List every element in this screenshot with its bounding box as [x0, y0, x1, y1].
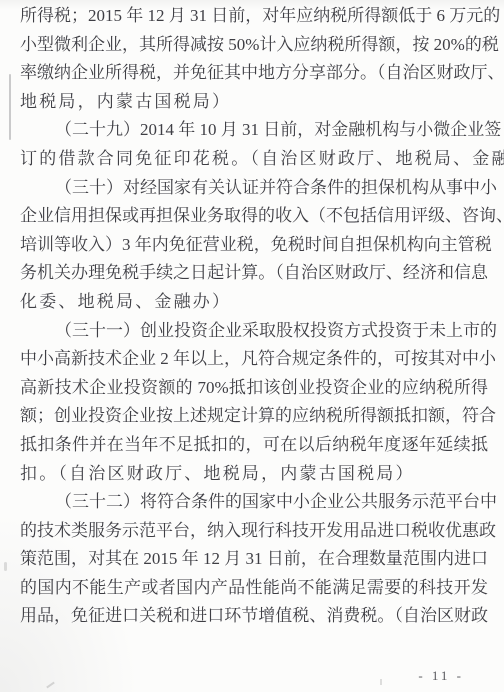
scan-speck: [46, 682, 55, 689]
doc-line: 额；创业投资企业按上述规定计算的应纳税所得额抵扣额，符合: [20, 402, 488, 431]
doc-line: （三十二）将符合条件的国家中小企业公共服务示范平台中: [20, 488, 488, 517]
doc-line: 订的借款合同免征印花税。（自治区财政厅、地税局、金融办）: [20, 145, 488, 174]
doc-line: 用品，免征进口关税和进口环节增值税、消费税。（自治区财政: [20, 602, 488, 631]
body-text: 所得税；2015 年 12 月 31 日前，对年应纳税所得额低于 6 万元的 小…: [20, 2, 488, 631]
scan-artifact-line: [9, 74, 11, 140]
scan-speck: [4, 562, 7, 571]
doc-line: 中小高新技术企业 2 年以上，凡符合规定条件的，可按其对中小: [20, 345, 488, 374]
doc-line: 策范围，对其在 2015 年 12 月 31 日前，在合理数量范围内进口: [20, 545, 488, 574]
doc-line: 培训等收入）3 年内免征营业税，免税时间自担保机构向主管税: [20, 231, 488, 260]
doc-line: 的国内不能生产或者国内产品性能尚不能满足需要的科技开发: [20, 574, 488, 603]
doc-line: 企业信用担保或再担保业务取得的收入（不包括信用评级、咨询、: [20, 202, 488, 231]
doc-line: 的技术类服务示范平台，纳入现行科技开发用品进口税收优惠政: [20, 517, 488, 546]
doc-line: 小型微利企业，其所得减按 50%计入应纳税所得额，按 20%的税: [20, 31, 488, 60]
doc-line: 务机关办理免税手续之日起计算。（自治区财政厅、经济和信息: [20, 259, 488, 288]
doc-line: 所得税；2015 年 12 月 31 日前，对年应纳税所得额低于 6 万元的: [20, 2, 488, 31]
doc-line: 化委、地税局、金融办）: [20, 288, 488, 317]
doc-line: 扣。（自治区财政厅、地税局，内蒙古国税局）: [20, 460, 488, 489]
doc-line: 抵扣条件并在当年不足抵扣的，可在以后纳税年度逐年延续抵: [20, 431, 488, 460]
page-number: - 11 -: [418, 668, 464, 684]
doc-line: （三十）对经国家有关认证并符合条件的担保机构从事中小: [20, 174, 488, 203]
scan-speck: [380, 679, 382, 685]
doc-line: （三十一）创业投资企业采取股权投资方式投资于未上市的: [20, 317, 488, 346]
doc-line: 地税局，内蒙古国税局）: [20, 88, 488, 117]
doc-line: 高新技术企业投资额的 70%抵扣该创业投资企业的应纳税所得: [20, 374, 488, 403]
document-page: 所得税；2015 年 12 月 31 日前，对年应纳税所得额低于 6 万元的 小…: [0, 0, 504, 692]
doc-line: （二十九）2014 年 10 月 31 日前，对金融机构与小微企业签: [20, 116, 488, 145]
doc-line: 率缴纳企业所得税，并免征其中地方分享部分。（自治区财政厅、: [20, 59, 488, 88]
